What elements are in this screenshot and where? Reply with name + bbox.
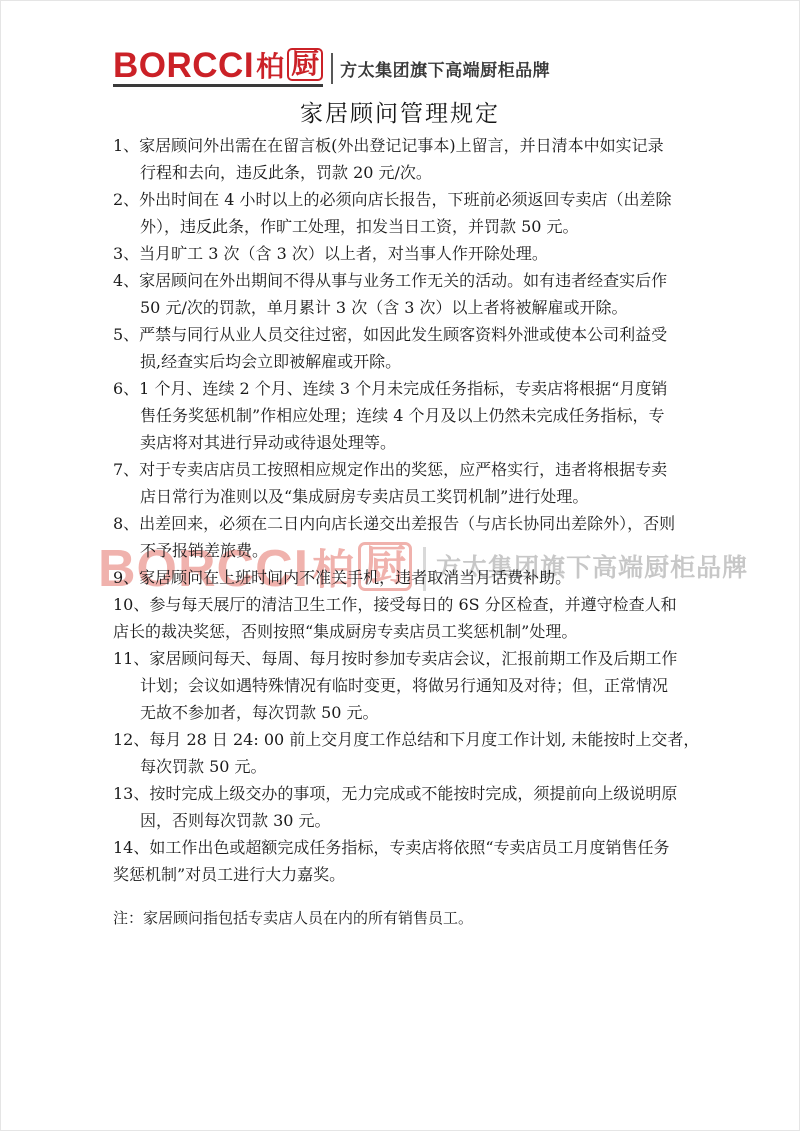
regulation-line: 3、当月旷工 3 次（含 3 次）以上者，对当事人作开除处理。 — [113, 240, 713, 267]
regulation-item: 8、出差回来，必须在二日内向店长递交出差报告（与店长协同出差除外），否则不予报销… — [113, 510, 713, 564]
regulation-item: 2、外出时间在 4 小时以上的必须向店长报告，下班前必须返回专卖店（出差除外），… — [113, 186, 713, 240]
regulation-item: 14、如工作出色或超额完成任务指标，专卖店将依照“专卖店员工月度销售任务奖惩机制… — [113, 834, 713, 888]
regulation-item: 1、家居顾问外出需在在留言板(外出登记记事本)上留言，并日清本中如实记录行程和去… — [113, 132, 713, 186]
regulation-line: 14、如工作出色或超额完成任务指标，专卖店将依照“专卖店员工月度销售任务 — [113, 834, 713, 861]
regulation-line: 损,经查实后均会立即被解雇或开除。 — [113, 348, 713, 375]
header-divider — [331, 53, 333, 84]
regulation-line: 2、外出时间在 4 小时以上的必须向店长报告，下班前必须返回专卖店（出差除 — [113, 186, 713, 213]
brand-tagline: 方太集团旗下高端厨柜品牌 — [340, 56, 550, 87]
regulation-line: 计划；会议如遇特殊情况有临时变更，将做另行通知及对待；但，正常情况 — [113, 672, 713, 699]
regulation-line: 行程和去向，违反此条，罚款 20 元/次。 — [113, 159, 713, 186]
regulation-line: 不予报销差旅费。 — [113, 537, 713, 564]
regulation-line: 6、1 个月、连续 2 个月、连续 3 个月未完成任务指标，专卖店将根据“月度销 — [113, 375, 713, 402]
regulation-line: 7、对于专卖店店员工按照相应规定作出的奖惩，应严格实行，违者将根据专卖 — [113, 456, 713, 483]
regulation-line: 50 元/次的罚款，单月累计 3 次（含 3 次）以上者将被解雇或开除。 — [113, 294, 713, 321]
regulation-line: 奖惩机制”对员工进行大力嘉奖。 — [113, 861, 713, 888]
regulation-line: 无故不参加者，每次罚款 50 元。 — [113, 699, 713, 726]
regulation-item: 10、参与每天展厅的清洁卫生工作，接受每日的 6S 分区检查，并遵守检查人和店长… — [113, 591, 713, 645]
regulation-item: 7、对于专卖店店员工按照相应规定作出的奖惩，应严格实行，违者将根据专卖店日常行为… — [113, 456, 713, 510]
regulation-item: 13、按时完成上级交办的事项，无力完成或不能按时完成，须提前向上级说明原因，否则… — [113, 780, 713, 834]
regulation-line: 10、参与每天展厅的清洁卫生工作，接受每日的 6S 分区检查，并遵守检查人和 — [113, 591, 713, 618]
regulation-line: 12、每月 28 日 24: 00 前上交月度工作总结和下月度工作计划, 未能按… — [113, 726, 713, 753]
regulation-item: 9、家居顾问在上班时间内不准关手机，违者取消当月话费补助。 — [113, 564, 713, 591]
regulation-line: 13、按时完成上级交办的事项，无力完成或不能按时完成，须提前向上级说明原 — [113, 780, 713, 807]
regulation-line: 每次罚款 50 元。 — [113, 753, 713, 780]
logo-latin-text: BORCCI — [113, 51, 254, 81]
regulation-line: 8、出差回来，必须在二日内向店长递交出差报告（与店长协同出差除外），否则 — [113, 510, 713, 537]
regulation-item: 11、家居顾问每天、每周、每月按时参加专卖店会议，汇报前期工作及后期工作计划；会… — [113, 645, 713, 726]
regulation-item: 3、当月旷工 3 次（含 3 次）以上者，对当事人作开除处理。 — [113, 240, 713, 267]
brand-header: BORCCI 柏 厨 方太集团旗下高端厨柜品牌 — [113, 48, 550, 87]
regulation-line: 外），违反此条，作旷工处理，扣发当日工资，并罚款 50 元。 — [113, 213, 713, 240]
regulation-item: 6、1 个月、连续 2 个月、连续 3 个月未完成任务指标，专卖店将根据“月度销… — [113, 375, 713, 456]
regulation-line: 店日常行为准则以及“集成厨房专卖店员工奖罚机制”进行处理。 — [113, 483, 713, 510]
regulation-line: 店长的裁决奖惩，否则按照“集成厨房专卖店员工奖惩机制”处理。 — [113, 618, 713, 645]
regulation-item: 12、每月 28 日 24: 00 前上交月度工作总结和下月度工作计划, 未能按… — [113, 726, 713, 780]
borcci-logo: BORCCI 柏 厨 — [113, 48, 323, 87]
regulation-item: 5、严禁与同行从业人员交往过密，如因此发生顾客资料外泄或使本公司利益受损,经查实… — [113, 321, 713, 375]
regulation-line: 9、家居顾问在上班时间内不准关手机，违者取消当月话费补助。 — [113, 564, 713, 591]
document-page: BORCCI 柏 厨 方太集团旗下高端厨柜品牌 BORCCI 柏 厨 方太集团旗… — [0, 0, 800, 1131]
regulation-line: 1、家居顾问外出需在在留言板(外出登记记事本)上留言，并日清本中如实记录 — [113, 132, 713, 159]
regulation-line: 卖店将对其进行异动或待退处理等。 — [113, 429, 713, 456]
regulation-line: 售任务奖惩机制”作相应处理；连续 4 个月及以上仍然未完成任务指标，专 — [113, 402, 713, 429]
page-title: 家居顾问管理规定 — [1, 95, 799, 128]
regulation-item: 4、家居顾问在外出期间不得从事与业务工作无关的活动。如有违者经查实后作50 元/… — [113, 267, 713, 321]
regulation-line: 4、家居顾问在外出期间不得从事与业务工作无关的活动。如有违者经查实后作 — [113, 267, 713, 294]
regulation-line: 因，否则每次罚款 30 元。 — [113, 807, 713, 834]
regulation-list: 1、家居顾问外出需在在留言板(外出登记记事本)上留言，并日清本中如实记录行程和去… — [113, 132, 713, 888]
logo-cjk-text: 柏 — [256, 53, 284, 81]
footnote: 注：家居顾问指包括专卖店人员在内的所有销售员工。 — [113, 907, 473, 928]
logo-cjk-boxed-text: 厨 — [287, 48, 323, 81]
regulation-line: 5、严禁与同行从业人员交往过密，如因此发生顾客资料外泄或使本公司利益受 — [113, 321, 713, 348]
regulation-line: 11、家居顾问每天、每周、每月按时参加专卖店会议，汇报前期工作及后期工作 — [113, 645, 713, 672]
